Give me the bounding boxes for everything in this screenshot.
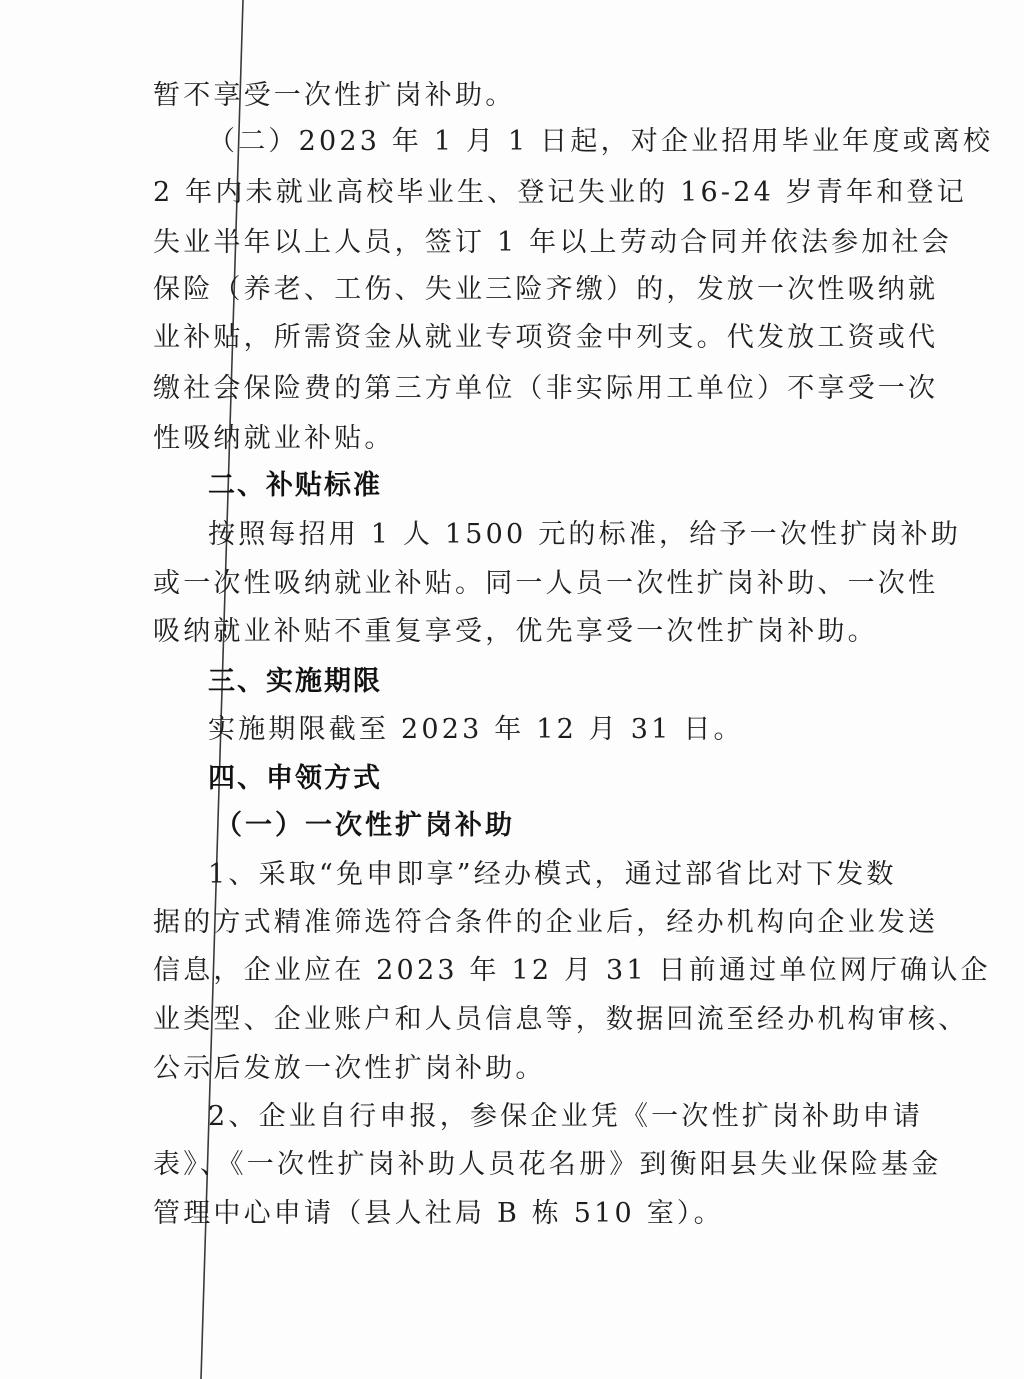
paragraph-line: 暂不享受一次性扩岗补助。	[153, 78, 875, 114]
paragraph-line: 管理中心申请（县人社局 B 栋 510 室）。	[153, 1196, 875, 1232]
paragraph-line: 缴社会保险费的第三方单位（非实际用工单位）不享受一次	[153, 371, 875, 407]
paragraph-line: 信息，企业应在 2023 年 12 月 31 日前通过单位网厅确认企	[153, 953, 875, 989]
paragraph-line: 据的方式精准筛选符合条件的企业后，经办机构向企业发送	[153, 905, 875, 941]
numbered-item-2-line: 2、企业自行申报，参保企业凭《一次性扩岗补助申请	[208, 1099, 875, 1135]
paragraph-line: 实施期限截至 2023 年 12 月 31 日。	[208, 712, 875, 748]
subsection-heading-expansion-subsidy: （一）一次性扩岗补助	[215, 808, 937, 844]
paragraph-line: 或一次性吸纳就业补贴。同一人员一次性扩岗补助、一次性	[153, 566, 875, 602]
numbered-item-1-line: 1、采取“免申即享”经办模式，通过部省比对下发数	[208, 857, 875, 893]
paragraph-line: 业类型、企业账户和人员信息等，数据回流至经办机构审核、	[153, 1002, 875, 1038]
paragraph-line: 保险（养老、工伤、失业三险齐缴）的，发放一次性吸纳就	[153, 272, 875, 308]
scanned-document-page: 暂不享受一次性扩岗补助。 （二）2023 年 1 月 1 日起，对企业招用毕业年…	[0, 0, 1024, 1379]
paragraph-line: 按照每招用 1 人 1500 元的标准，给予一次性扩岗补助	[208, 517, 875, 553]
section-heading-subsidy-standard: 二、补贴标准	[208, 468, 875, 504]
paragraph-line: 性吸纳就业补贴。	[153, 421, 875, 457]
paragraph-line: 失业半年以上人员，签订 1 年以上劳动合同并依法参加社会	[153, 225, 875, 261]
paragraph-line: 表》、《一次性扩岗补助人员花名册》到衡阳县失业保险基金	[153, 1147, 875, 1183]
paragraph-line: 2 年内未就业高校毕业生、登记失业的 16-24 岁青年和登记	[153, 175, 875, 211]
paragraph-line: 公示后发放一次性扩岗补助。	[153, 1051, 875, 1087]
paragraph-line: 吸纳就业补贴不重复享受，优先享受一次性扩岗补助。	[153, 614, 875, 650]
section-item-2-line: （二）2023 年 1 月 1 日起，对企业招用毕业年度或离校	[208, 124, 875, 160]
section-heading-application-method: 四、申领方式	[208, 761, 875, 797]
paragraph-line: 业补贴，所需资金从就业专项资金中列支。代发放工资或代	[153, 320, 875, 356]
section-heading-implementation-period: 三、实施期限	[208, 664, 875, 700]
